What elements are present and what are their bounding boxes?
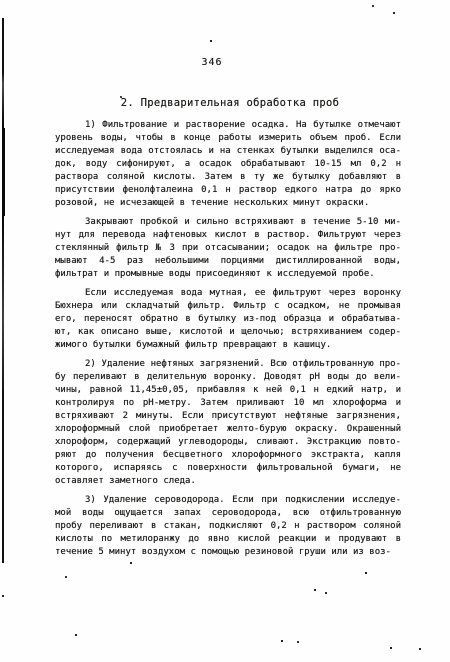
- section-heading: 2. Предварительная обработка проб: [55, 97, 405, 109]
- text-line: ряют до получения бесцветного хлороформн…: [55, 449, 401, 462]
- text-line: фильтрат и промывные воды присоединяют к…: [55, 268, 401, 281]
- text-line: док, воду сифонируют, а осадок обрабатыв…: [55, 158, 401, 171]
- text-line: присутствии фенолфталеина 0,1 н раствор …: [55, 184, 401, 197]
- text-line: встряхивают 2 минуты. Если присутствуют …: [55, 410, 401, 423]
- text-line: контролируя по рН-метру. Затем приливают…: [55, 397, 401, 410]
- text-line: пробу переливают в стакан, подкисляют 0,…: [55, 520, 401, 533]
- text-line: хлороформ, содержащий углеводороды, слив…: [55, 436, 401, 449]
- paragraph: 2) Удаление нефтяных загрязнений. Всю от…: [55, 358, 401, 488]
- text-line: розовой, не исчезающей в течение несколь…: [55, 197, 401, 210]
- scan-speckles: [0, 0, 2, 2]
- text-line: Закрывают пробкой и сильно встряхивают в…: [55, 216, 401, 229]
- text-line: бу переливают в делительную воронку. Дов…: [55, 371, 401, 384]
- text-line: 2) Удаление нефтяных загрязнений. Всю от…: [55, 358, 401, 371]
- paragraph: 1) Фильтрование и растворение осадка. На…: [55, 119, 401, 210]
- text-line: оставляет заметного следа.: [55, 475, 401, 488]
- scanned-document-page: 346 2. Предварительная обработка проб 1)…: [0, 0, 450, 662]
- paragraph: Если исследуемая вода мутная, ее фильтру…: [55, 287, 401, 352]
- text-line: чины, равной 11,45±0,05, прибавляя к ней…: [55, 384, 401, 397]
- text-line: которого, испаряясь с поверхности фильтр…: [55, 462, 401, 475]
- text-line: нут для перевода нафтеновых кислот в рас…: [55, 229, 401, 242]
- text-line: течение 5 минут воздухом с помощью резин…: [55, 546, 401, 559]
- text-line: хлороформный слой приобретает желто-буру…: [55, 423, 401, 436]
- text-line: стеклянный фильтр № 3 при отсасывании; о…: [55, 242, 401, 255]
- text-line: 3) Удаление сероводорода. Если при подки…: [55, 494, 401, 507]
- text-line: ют, как описано выше, кислотой и щелочью…: [55, 326, 401, 339]
- paragraph: 3) Удаление сероводорода. Если при подки…: [55, 494, 401, 559]
- text-line: Если исследуемая вода мутная, ее фильтру…: [55, 287, 401, 300]
- text-line: жимого бутылки бумажный фильтр превращаю…: [55, 339, 401, 352]
- page-number: 346: [0, 57, 424, 68]
- text-line: его, переносят обратно в бутылку из-под …: [55, 313, 401, 326]
- body-text: 1) Фильтрование и растворение осадка. На…: [55, 119, 401, 565]
- text-line: исследуемая вода отстоялась и на стенках…: [55, 145, 401, 158]
- text-line: мывают 4-5 раз небольшими порциями дисти…: [55, 255, 401, 268]
- text-line: мой воды ощущается запах сероводорода, в…: [55, 507, 401, 520]
- text-line: Бюхнера или складчатый фильтр. Фильтр с …: [55, 300, 401, 313]
- text-line: 1) Фильтрование и растворение осадка. На…: [55, 119, 401, 132]
- text-line: уровень воды, чтобы в конце работы измер…: [55, 132, 401, 145]
- scan-edge-artifact: [2, 18, 4, 563]
- paragraph: Закрывают пробкой и сильно встряхивают в…: [55, 216, 401, 281]
- text-line: кислоты по метилоранжу до явно кислой ре…: [55, 533, 401, 546]
- text-line: раствора соляной кислоты. Затем в ту же …: [55, 171, 401, 184]
